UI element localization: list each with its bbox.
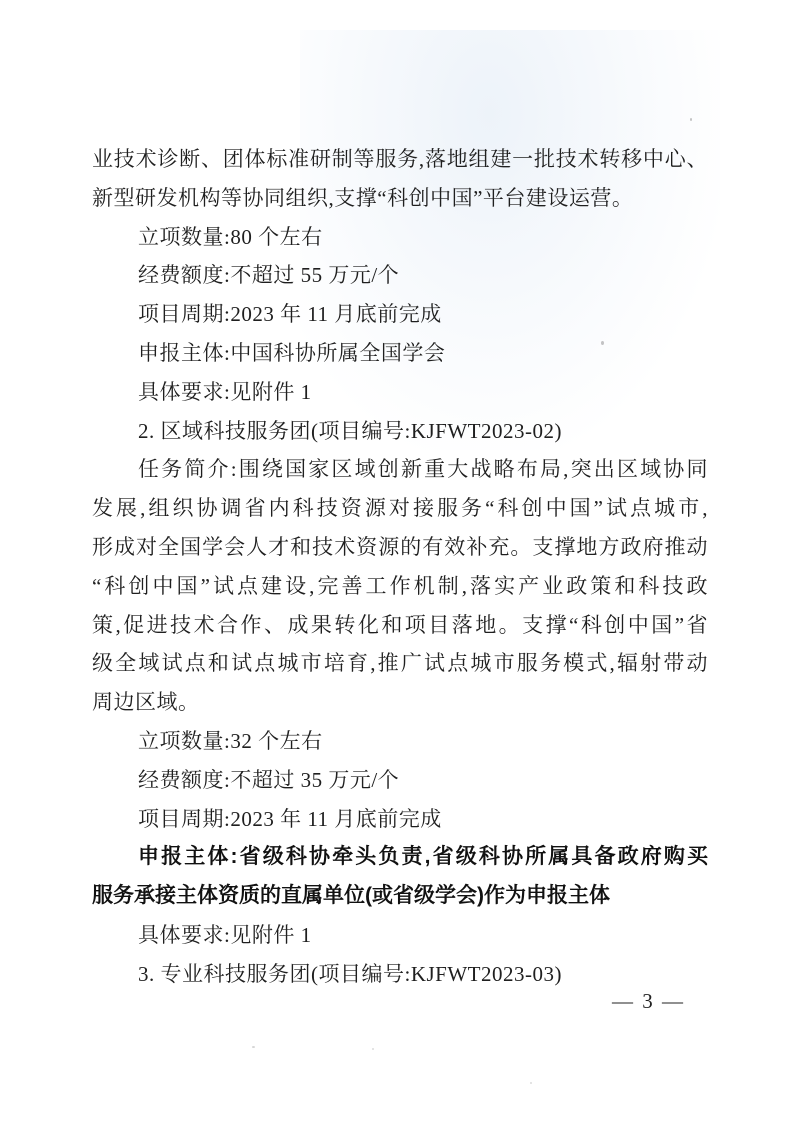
scan-speck-artifact bbox=[372, 1048, 374, 1050]
doc-line: 任务简介:围绕国家区域创新重大战略布局,突出区域协同 bbox=[92, 450, 708, 489]
doc-line-bold: 服务承接主体资质的直属单位(或省级学会)作为申报主体 bbox=[92, 877, 708, 916]
scan-speck-artifact bbox=[252, 1046, 255, 1048]
scan-speck-artifact bbox=[690, 118, 692, 121]
page-number: — 3 — bbox=[612, 986, 685, 1016]
doc-line-item: 立项数量:80 个左右 bbox=[92, 218, 708, 257]
doc-line-bold: 申报主体:省级科协牵头负责,省级科协所属具备政府购买 bbox=[92, 838, 708, 877]
doc-line-item: 经费额度:不超过 55 万元/个 bbox=[92, 256, 708, 295]
doc-line: 新型研发机构等协同组织,支撑“科创中国”平台建设运营。 bbox=[92, 179, 708, 218]
doc-line-item: 立项数量:32 个左右 bbox=[92, 722, 708, 761]
section-heading-2: 2. 区域科技服务团(项目编号:KJFWT2023-02) bbox=[92, 412, 708, 451]
doc-line: 业技术诊断、团体标准研制等服务,落地组建一批技术转移中心、 bbox=[92, 140, 708, 179]
document-body: 业技术诊断、团体标准研制等服务,落地组建一批技术转移中心、 新型研发机构等协同组… bbox=[92, 140, 708, 994]
scan-speck-artifact bbox=[530, 1082, 532, 1084]
doc-line: 策,促进技术合作、成果转化和项目落地。支撑“科创中国”省 bbox=[92, 606, 708, 645]
doc-line-item: 具体要求:见附件 1 bbox=[92, 916, 708, 955]
doc-line: 形成对全国学会人才和技术资源的有效补充。支撑地方政府推动 bbox=[92, 528, 708, 567]
doc-line-item: 具体要求:见附件 1 bbox=[92, 373, 708, 412]
document-page: 业技术诊断、团体标准研制等服务,落地组建一批技术转移中心、 新型研发机构等协同组… bbox=[0, 0, 793, 1122]
doc-line: 周边区域。 bbox=[92, 683, 708, 722]
doc-line: “科创中国”试点建设,完善工作机制,落实产业政策和科技政 bbox=[92, 567, 708, 606]
doc-line-item: 申报主体:中国科协所属全国学会 bbox=[92, 334, 708, 373]
doc-line: 级全域试点和试点城市培育,推广试点城市服务模式,辐射带动 bbox=[92, 644, 708, 683]
doc-line-item: 项目周期:2023 年 11 月底前完成 bbox=[92, 295, 708, 334]
scan-speck-artifact bbox=[601, 341, 604, 345]
doc-line-item: 项目周期:2023 年 11 月底前完成 bbox=[92, 800, 708, 839]
doc-line: 发展,组织协调省内科技资源对接服务“科创中国”试点城市, bbox=[92, 489, 708, 528]
doc-line-item: 经费额度:不超过 35 万元/个 bbox=[92, 761, 708, 800]
